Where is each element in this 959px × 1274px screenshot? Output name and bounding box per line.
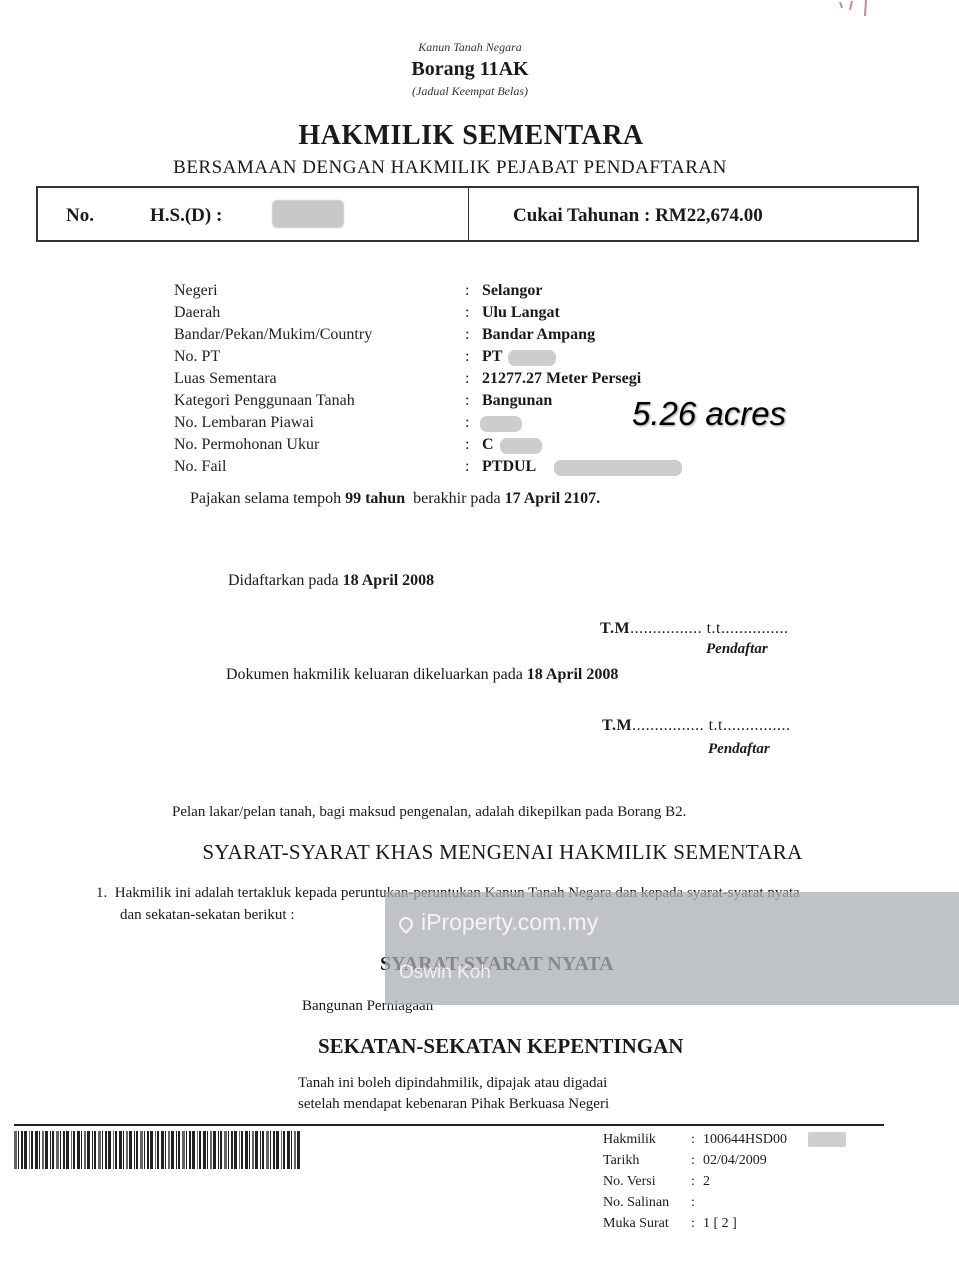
detail-label: Kategori Penggunaan Tanah — [174, 392, 355, 410]
restrictions-text: Tanah ini boleh dipindahmilik, dipajak a… — [298, 1075, 607, 1092]
redacted-value — [808, 1132, 846, 1147]
title-number-box: No. H.S.(D) : Cukai Tahunan : RM22,674.0… — [36, 186, 919, 242]
no-label: No. — [66, 205, 94, 227]
document-subtitle: BERSAMAAN DENGAN HAKMILIK PEJABAT PENDAF… — [0, 157, 900, 179]
redacted-value — [480, 416, 522, 432]
special-conditions-heading: SYARAT-SYARAT KHAS MENGENAI HAKMILIK SEM… — [0, 840, 959, 865]
watermark-brand: iProperty.com.my — [399, 909, 598, 936]
detail-value: Bangunan — [482, 392, 552, 410]
detail-value: Selangor — [482, 282, 542, 300]
registrar-role: Pendaftar — [706, 641, 768, 658]
detail-label: No. Permohonan Ukur — [174, 436, 319, 454]
detail-value: PT — [482, 348, 502, 366]
hs-number-redacted — [272, 200, 344, 228]
registrar-signature-line: T.M................ t.t............... — [600, 620, 788, 638]
detail-value: PTDUL — [482, 458, 536, 476]
hs-label: H.S.(D) : — [150, 205, 222, 227]
acreage-annotation: 5.26 acres — [632, 395, 786, 433]
footer-divider — [14, 1124, 884, 1126]
detail-label: No. PT — [174, 348, 220, 366]
annual-rent-label: Cukai Tahunan : — [513, 205, 650, 226]
plan-note: Pelan lakar/pelan tanah, bagi maksud pen… — [172, 804, 686, 821]
detail-value: C — [482, 436, 494, 454]
form-number: Borang 11AK — [0, 58, 940, 81]
registrar-signature-line: T.M................ t.t............... — [602, 717, 790, 735]
title-number-cell: No. H.S.(D) : — [38, 188, 469, 240]
annual-rent-cell: Cukai Tahunan : RM22,674.00 — [469, 188, 917, 240]
detail-value: Ulu Langat — [482, 304, 560, 322]
redacted-value — [508, 350, 556, 366]
issue-statement: Dokumen hakmilik keluaran dikeluarkan pa… — [226, 666, 618, 684]
annual-rent-value: RM22,674.00 — [655, 205, 763, 226]
detail-value: Bandar Ampang — [482, 326, 595, 344]
location-pin-icon — [396, 914, 416, 934]
detail-label: Bandar/Pekan/Mukim/Country — [174, 326, 372, 344]
redacted-value — [500, 438, 542, 454]
detail-label: Negeri — [174, 282, 218, 300]
document-title: HAKMILIK SEMENTARA — [0, 120, 942, 152]
registration-statement: Didaftarkan pada 18 April 2008 — [228, 572, 434, 590]
lease-statement: Pajakan selama tempoh 99 tahun berakhir … — [190, 490, 600, 508]
registrar-role: Pendaftar — [708, 741, 770, 758]
watermark-overlay: iProperty.com.my Oswin Koh — [385, 892, 959, 1005]
restrictions-heading: SEKATAN-SEKATAN KEPENTINGAN — [318, 1034, 683, 1059]
act-name: Kanun Tanah Negara — [0, 40, 940, 55]
restrictions-text: setelah mendapat kebenaran Pihak Berkuas… — [298, 1096, 609, 1113]
clause-1-continued: dan sekatan-sekatan berikut : — [120, 907, 295, 924]
watermark-agent: Oswin Koh — [399, 962, 491, 984]
detail-label: No. Fail — [174, 458, 226, 476]
detail-label: Luas Sementara — [174, 370, 277, 388]
schedule-label: (Jadual Keempat Belas) — [0, 84, 940, 99]
barcode — [14, 1131, 300, 1169]
handwritten-red-mark — [838, 0, 878, 18]
detail-value: 21277.27 Meter Persegi — [482, 370, 641, 388]
redacted-value — [554, 460, 682, 476]
detail-label: Daerah — [174, 304, 220, 322]
detail-label: No. Lembaran Piawai — [174, 414, 314, 432]
annual-rent: Cukai Tahunan : RM22,674.00 — [513, 205, 763, 227]
